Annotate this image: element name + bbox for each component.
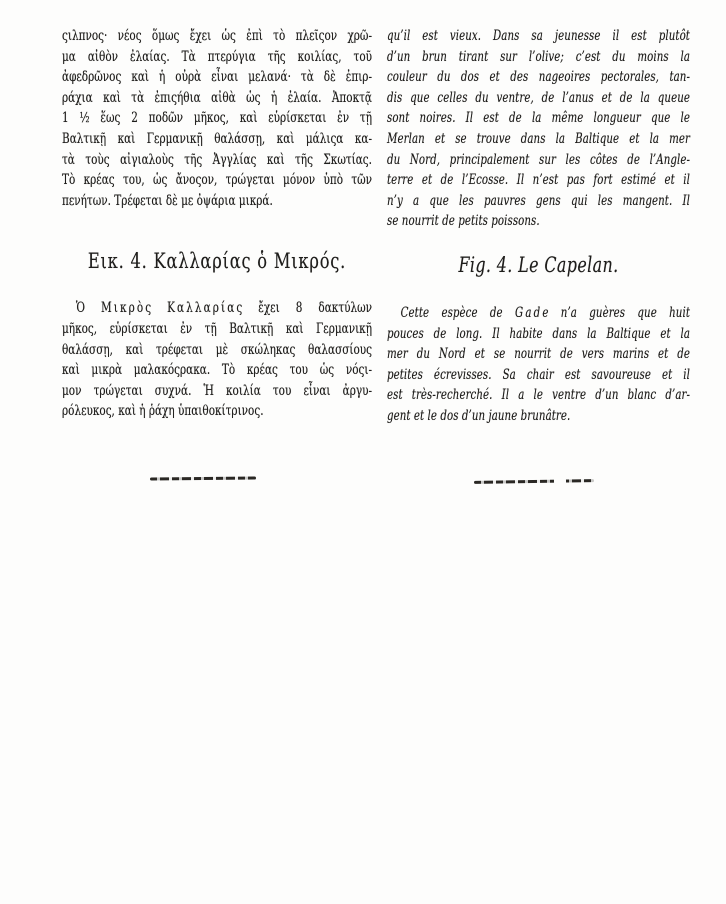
- text-line: d’un brun tirant sur l’olive; c’est du m…: [387, 47, 690, 68]
- text-line: Ὁ Μ ι κ ρ ὸ ς Κ α λ λ α ρ ί α ς ἔχει 8 δ…: [62, 298, 372, 319]
- text-line: ςιλπνος· νέος ὅμως ἔχει ὡς ἐπὶ τὸ πλεῖςο…: [62, 26, 372, 47]
- section-divider-right: [474, 479, 594, 483]
- text-line: couleur du dos et des nageoires pectoral…: [387, 67, 690, 88]
- text-line: μα αἰθὸν ἐλαίας. Τὰ πτερύγια τῆς κοιλίας…: [62, 47, 372, 68]
- greek-column: ςιλπνος· νέος ὅμως ἔχει ὡς ἐπὶ τὸ πλεῖςο…: [62, 26, 372, 422]
- text-line: ρόλευκος, καὶ ἡ ῥάχη ὑπαιθοκίτρινος.: [62, 401, 372, 422]
- french-column-inner: qu’il est vieux. Dans sa jeunesse il est…: [387, 26, 690, 427]
- french-figure-heading: Fig. 4. Le Capelan.: [387, 253, 690, 277]
- section-divider-left: [150, 477, 256, 481]
- text-line: terre et de l’Ecosse. Il n’est pas fort …: [387, 170, 690, 191]
- text-line: 1 ½ ἕως 2 ποδῶν μῆκος, καὶ εὑρίσκεται ἐν…: [62, 108, 372, 129]
- greek-figure-heading: Εικ. 4. Καλλαρίας ὁ Μικρός.: [62, 248, 372, 274]
- text-line: Cette espèce de G a d e n’a guères que h…: [387, 303, 690, 324]
- text-line: sont noires. Il est de la même longueur …: [387, 108, 690, 129]
- text-line: mer du Nord et se nourrit de vers marins…: [387, 344, 690, 365]
- text-line: ράχια καὶ τὰ ἐπιςήθια αἰθὰ ὡς ἡ ἐλαία. Ἀ…: [62, 88, 372, 109]
- text-line: τὰ τοὺς αἰγιαλοὺς τῆς Ἀγγλίας καὶ τῆς Σκ…: [62, 150, 372, 171]
- text-line: dis que celles du ventre, de l’anus et d…: [387, 88, 690, 109]
- text-line: πενήτων. Τρέφεται δὲ με ὀψάρια μικρά.: [62, 191, 372, 212]
- book-page: ςιλπνος· νέος ὅμως ἔχει ὡς ἐπὶ τὸ πλεῖςο…: [0, 0, 726, 904]
- text-line: n’y a que les pauvres gens qui les mange…: [387, 191, 690, 212]
- text-line: est très-recherché. Il a le ventre d’un …: [387, 385, 690, 406]
- text-line: qu’il est vieux. Dans sa jeunesse il est…: [387, 26, 690, 47]
- french-paragraph-1: qu’il est vieux. Dans sa jeunesse il est…: [387, 26, 690, 232]
- greek-paragraph-2: Ὁ Μ ι κ ρ ὸ ς Κ α λ λ α ρ ί α ς ἔχει 8 δ…: [62, 298, 372, 422]
- french-paragraph-2: Cette espèce de G a d e n’a guères que h…: [387, 303, 690, 427]
- text-line: Τὸ κρέας του, ὡς ἄνοςον, τρώγεται μόνον …: [62, 170, 372, 191]
- text-line: καὶ μικρὰ μαλακόςρακα. Τὸ κρέας του ὡς ν…: [62, 360, 372, 381]
- french-column: qu’il est vieux. Dans sa jeunesse il est…: [387, 26, 690, 427]
- text-line: μον τρώγεται συχνά. Ἡ κοιλία του εἶναι ἀ…: [62, 381, 372, 402]
- greek-column-inner: ςιλπνος· νέος ὅμως ἔχει ὡς ἐπὶ τὸ πλεῖςο…: [62, 26, 372, 422]
- text-line: petites écrevisses. Sa chair est savoure…: [387, 365, 690, 386]
- text-line: du Nord, principalement sur les côtes de…: [387, 150, 690, 171]
- text-line: gent et le dos d’un jaune brunâtre.: [387, 406, 690, 427]
- text-line: ἀφεδρῶνος καὶ ἡ οὐρὰ εἶναι μελανά· τὰ δὲ…: [62, 67, 372, 88]
- text-line: Βαλτικῇ καὶ Γερμανικῇ θαλάσσῃ, καὶ μάλις…: [62, 129, 372, 150]
- text-line: θαλάσσῃ, καὶ τρέφεται μὲ σκώληκας θαλασσ…: [62, 340, 372, 361]
- text-line: pouces de long. Il habite dans la Baltiq…: [387, 324, 690, 345]
- text-line: se nourrit de petits poissons.: [387, 211, 690, 232]
- greek-paragraph-1: ςιλπνος· νέος ὅμως ἔχει ὡς ἐπὶ τὸ πλεῖςο…: [62, 26, 372, 211]
- text-line: Merlan et se trouve dans la Baltique et …: [387, 129, 690, 150]
- text-line: μῆκος, εὑρίσκεται ἐν τῇ Βαλτικῇ καὶ Γερμ…: [62, 319, 372, 340]
